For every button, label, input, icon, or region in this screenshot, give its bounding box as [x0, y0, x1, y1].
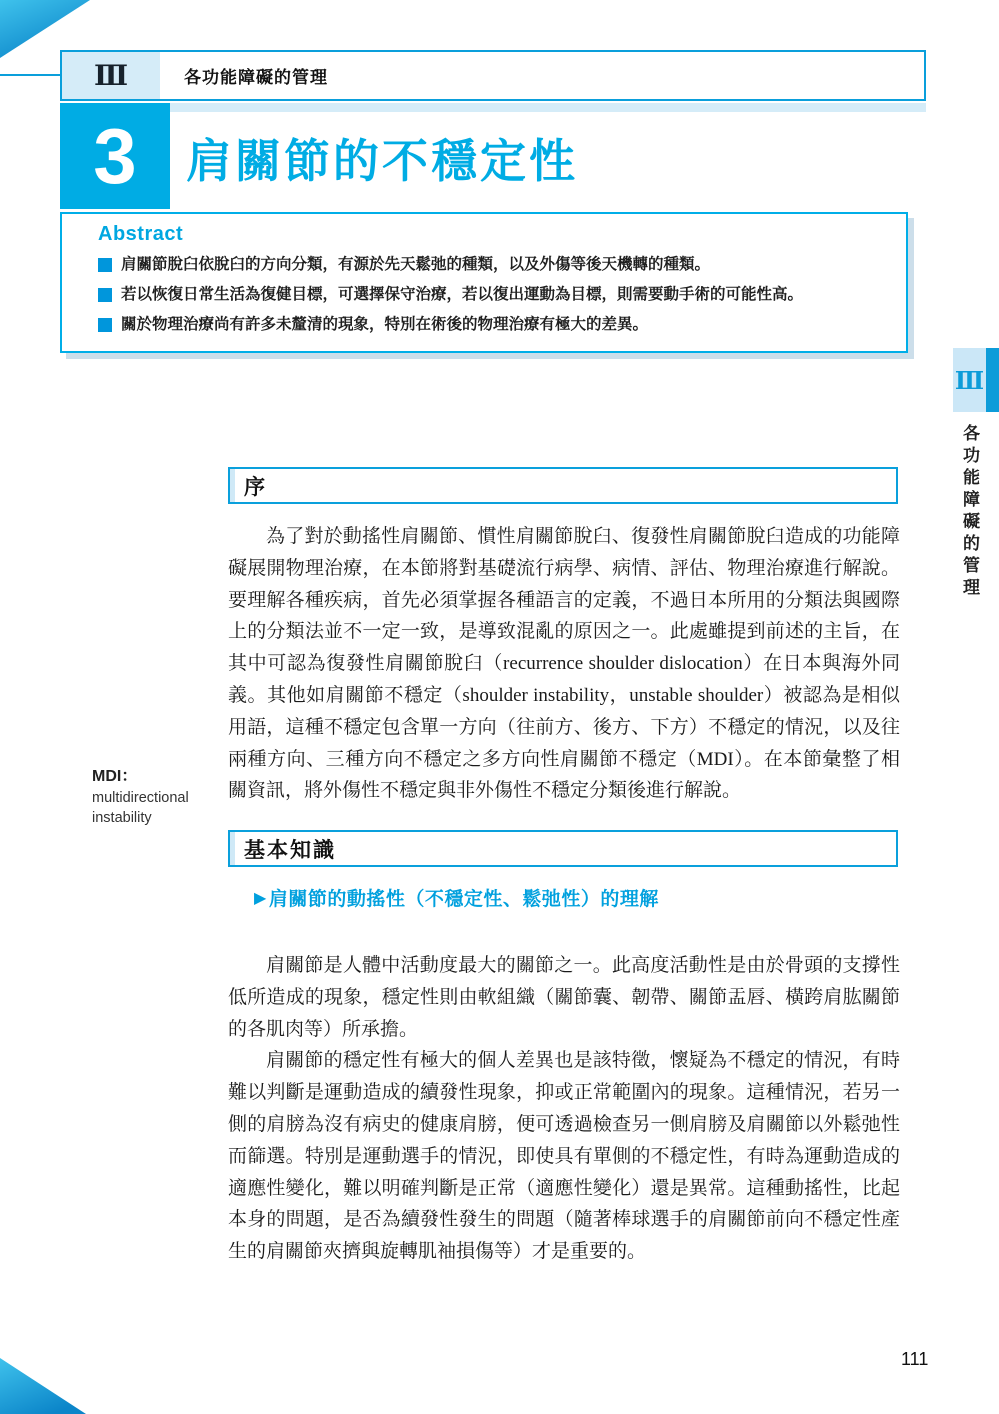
corner-triangle-bottom-left-icon — [0, 1358, 86, 1414]
section-heading-intro: 序 — [228, 467, 898, 504]
abstract-point-text: 關於物理治療尚有許多未釐清的現象，特別在術後的物理治療有極大的差異。 — [121, 315, 648, 336]
part-title: 各功能障礙的管理 — [160, 52, 328, 99]
abstract-point: 肩關節脫臼依脫臼的方向分類，有源於先天鬆弛的種類，以及外傷等後天機轉的種類。 — [98, 255, 876, 276]
abstract-point-text: 若以恢復日常生活為復健目標，可選擇保守治療，若以復出運動為目標，則需要動手術的可… — [121, 285, 803, 306]
side-tab-numeral: Ⅲ — [953, 348, 986, 412]
intro-paragraph: 為了對於動搖性肩關節、慣性肩關節脫臼、復發性肩關節脫臼造成的功能障礙展開物理治療… — [228, 521, 900, 807]
side-tab: Ⅲ — [953, 348, 999, 412]
part-numeral: Ⅲ — [62, 52, 160, 99]
basics-body: 肩關節是人體中活動度最大的關節之一。此高度活動性是由於骨頭的支撐性低所造成的現象… — [228, 950, 900, 1268]
part-header: Ⅲ 各功能障礙的管理 — [60, 50, 926, 101]
section-heading-basics: 基本知識 — [228, 830, 898, 867]
section-accent — [230, 469, 235, 502]
margin-note-term: MDI： — [92, 763, 227, 786]
side-tab-label-wrap: 各功能障礙的管理 — [953, 424, 986, 600]
bullet-square-icon — [98, 258, 112, 272]
side-tab-label: 各功能障礙的管理 — [957, 424, 982, 600]
header-rule — [0, 74, 62, 76]
chapter-number: 3 — [60, 103, 170, 209]
chapter-title-box: 肩關節的不穩定性 — [170, 103, 926, 204]
abstract-box: Abstract 肩關節脫臼依脫臼的方向分類，有源於先天鬆弛的種類，以及外傷等後… — [60, 212, 908, 353]
basics-paragraph: 肩關節的穩定性有極大的個人差異也是該特徵，懷疑為不穩定的情況，有時難以判斷是運動… — [228, 1045, 900, 1268]
side-tab-stripe — [986, 348, 999, 412]
abstract-point: 若以恢復日常生活為復健目標，可選擇保守治療，若以復出運動為目標，則需要動手術的可… — [98, 285, 876, 306]
triangle-marker-icon: ▶ — [254, 888, 267, 908]
abstract-label: Abstract — [98, 223, 906, 246]
basics-paragraph: 肩關節是人體中活動度最大的關節之一。此高度活動性是由於骨頭的支撐性低所造成的現象… — [228, 950, 900, 1045]
margin-note-mdi: MDI： multidirectional instability — [92, 763, 227, 828]
chapter-title: 肩關節的不穩定性 — [186, 125, 578, 191]
section-accent — [230, 832, 235, 865]
abstract-point-text: 肩關節脫臼依脫臼的方向分類，有源於先天鬆弛的種類，以及外傷等後天機轉的種類。 — [121, 255, 710, 276]
abstract-points: 肩關節脫臼依脫臼的方向分類，有源於先天鬆弛的種類，以及外傷等後天機轉的種類。 若… — [62, 255, 906, 336]
basics-subheading: ▶ 肩關節的動搖性（不穩定性、鬆弛性）的理解 — [254, 884, 659, 911]
section-title-basics: 基本知識 — [244, 832, 336, 865]
abstract-point: 關於物理治療尚有許多未釐清的現象，特別在術後的物理治療有極大的差異。 — [98, 315, 876, 336]
bullet-square-icon — [98, 318, 112, 332]
margin-note-definition-line: multidirectional — [92, 788, 227, 808]
page-number: 111 — [901, 1349, 928, 1370]
section-title-intro: 序 — [244, 469, 267, 502]
bullet-square-icon — [98, 288, 112, 302]
margin-note-definition-line: instability — [92, 808, 227, 828]
textbook-page: Ⅲ 各功能障礙的管理 3 肩關節的不穩定性 Abstract 肩關節脫臼依脫臼的… — [0, 0, 999, 1414]
intro-body: 為了對於動搖性肩關節、慣性肩關節脫臼、復發性肩關節脫臼造成的功能障礙展開物理治療… — [228, 521, 900, 807]
basics-subheading-text: 肩關節的動搖性（不穩定性、鬆弛性）的理解 — [269, 884, 659, 911]
